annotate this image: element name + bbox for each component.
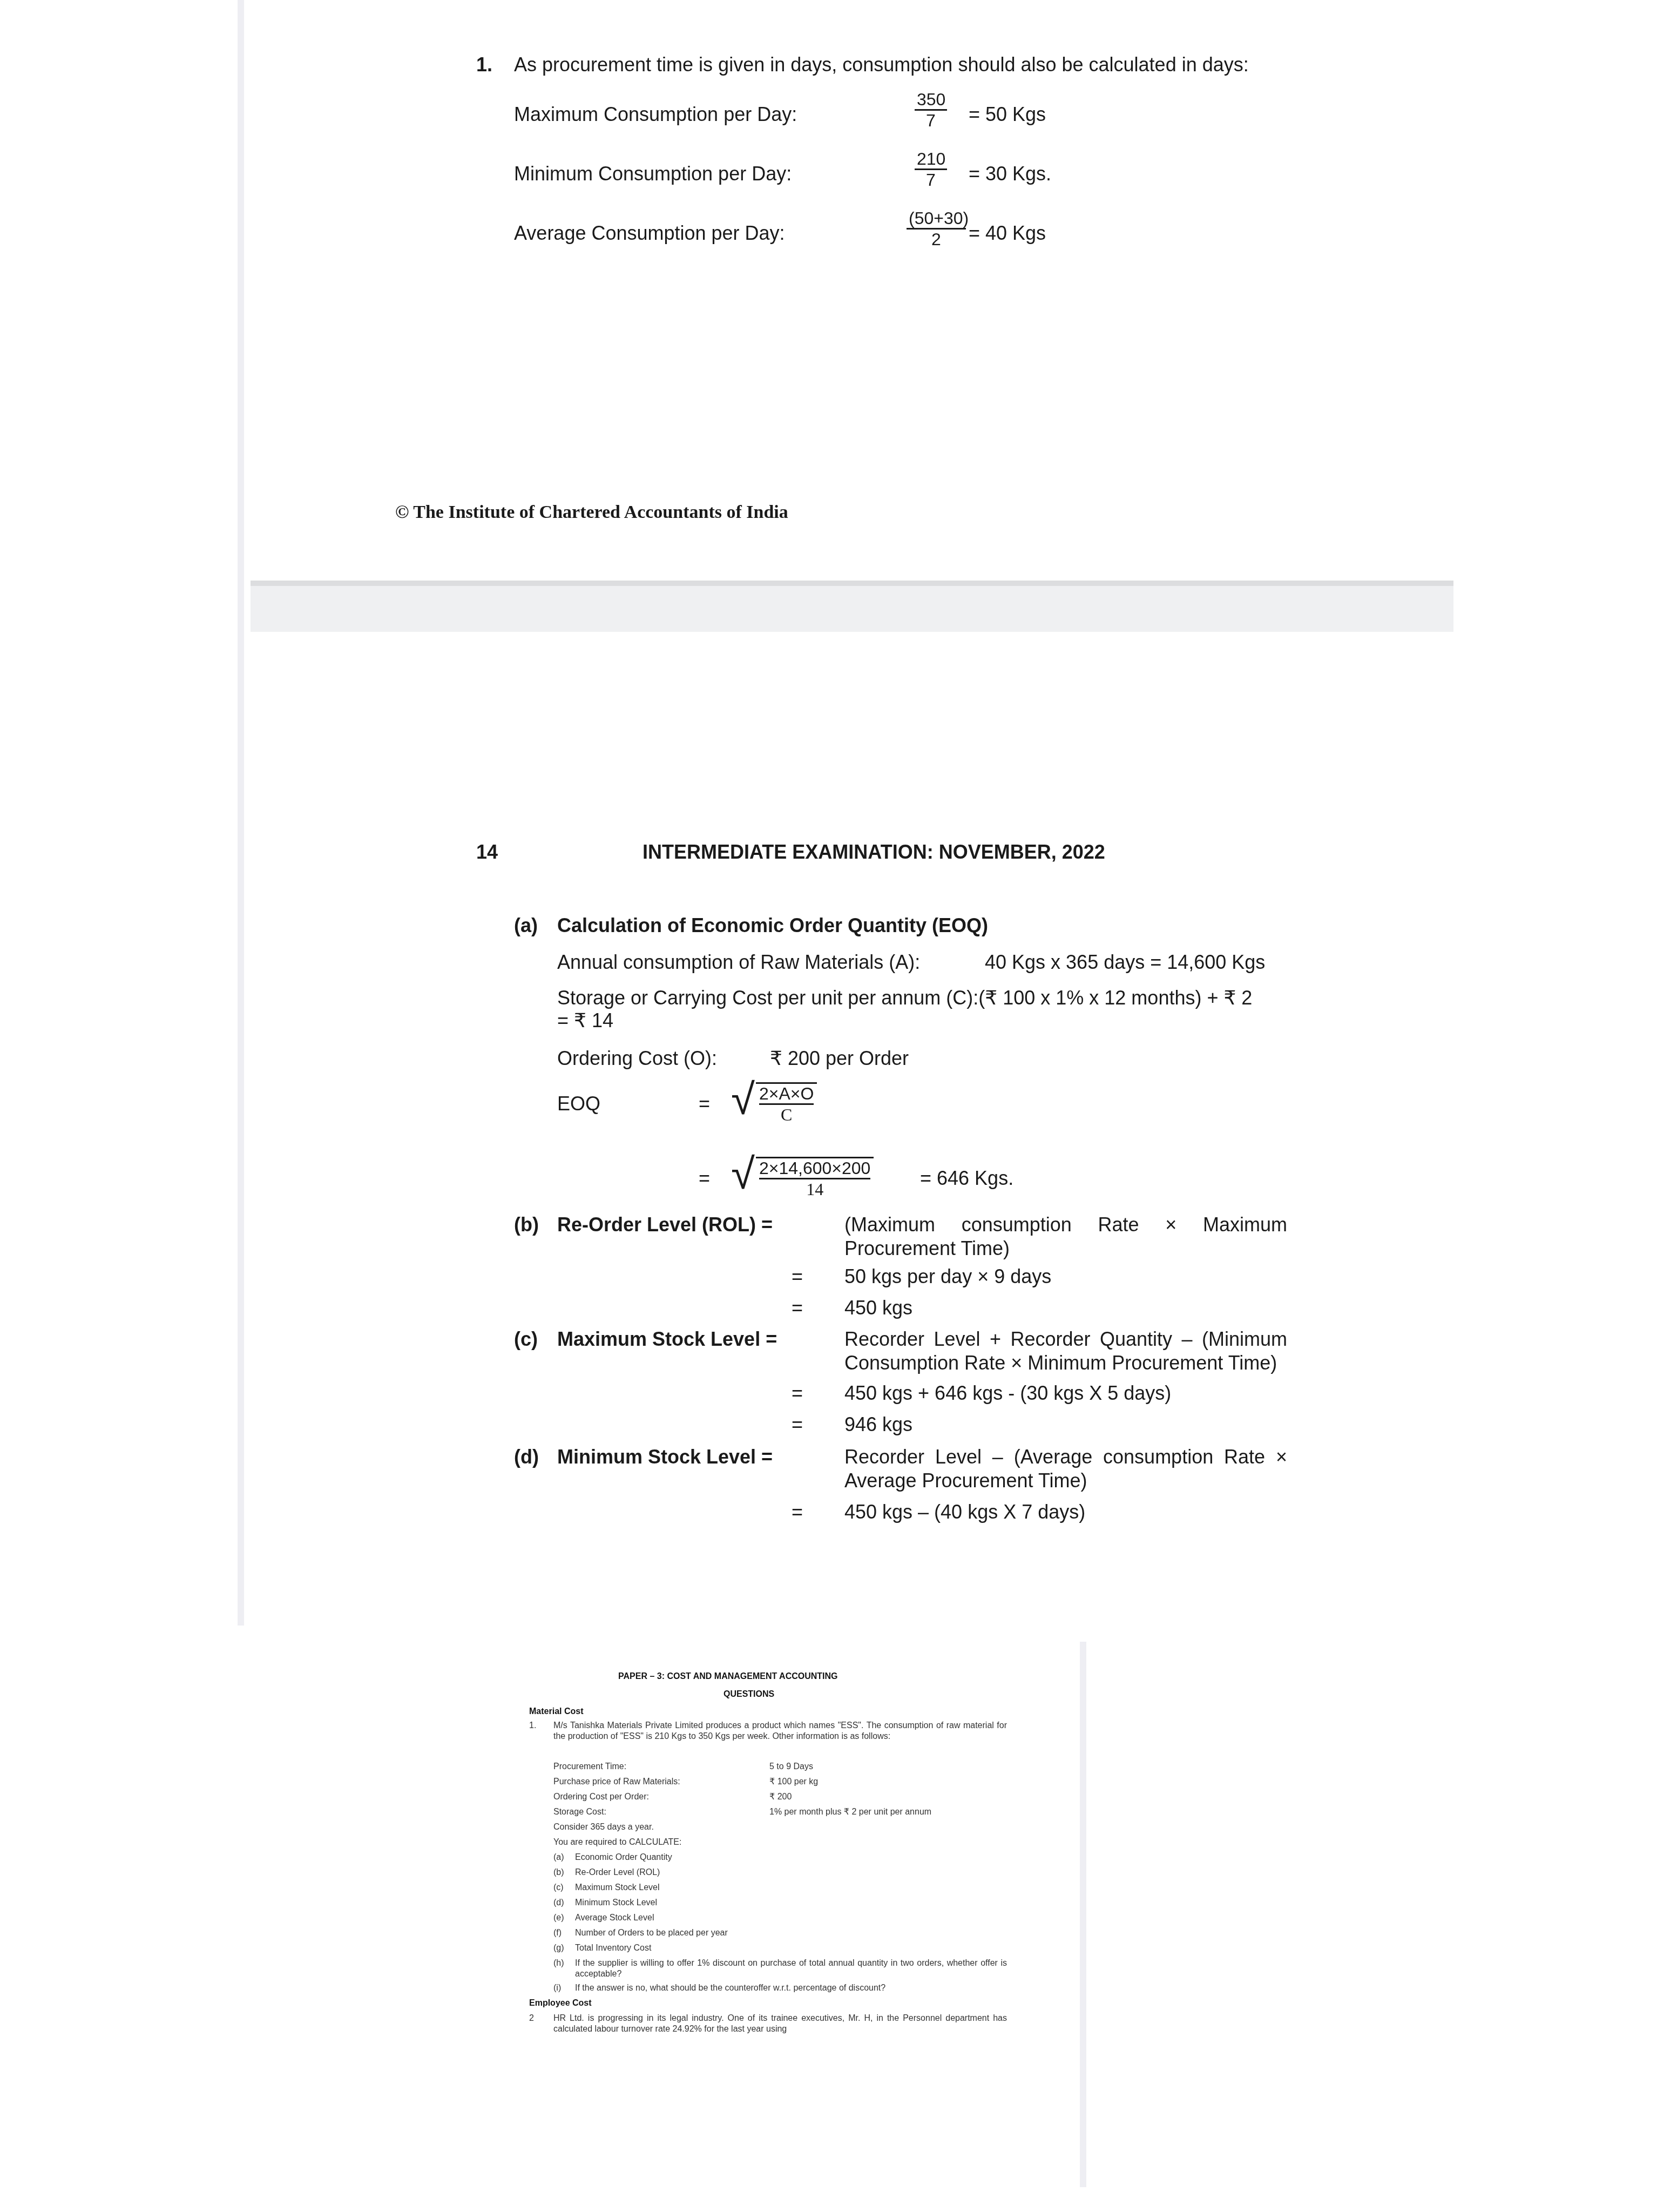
q2-number: 2 — [529, 2013, 534, 2024]
part-text: Maximum Stock Level — [575, 1883, 660, 1893]
rol-step-equals: = — [792, 1296, 803, 1320]
ordering-cost-value: ₹ 200 per Order — [770, 1047, 909, 1070]
min-stock-equals: = — [792, 1500, 803, 1524]
info-value: 1% per month plus ₹ 2 per unit per annum — [769, 1807, 931, 1818]
pdf-viewer[interactable]: 1. As procurement time is given in days,… — [238, 0, 1453, 1626]
consider-note: Consider 365 days a year. — [553, 1822, 654, 1833]
part-text: Minimum Stock Level — [575, 1898, 657, 1908]
sqrt-icon: √ — [731, 1078, 755, 1121]
eoq-calc-equals: = — [699, 1166, 710, 1190]
max-consumption-label: Maximum Consumption per Day: — [514, 103, 797, 126]
paper-title: PAPER – 3: COST AND MANAGEMENT ACCOUNTIN… — [618, 1671, 838, 1682]
page-header: INTERMEDIATE EXAMINATION: NOVEMBER, 2022 — [643, 840, 1105, 864]
min-consumption-label: Minimum Consumption per Day: — [514, 162, 792, 186]
q2-text: HR Ltd. is progressing in its legal indu… — [553, 2013, 1007, 2035]
q1-text: M/s Tanishka Materials Private Limited p… — [553, 1721, 1007, 1742]
annual-consumption-label: Annual consumption of Raw Materials (A): — [557, 950, 920, 974]
part-marker: (c) — [553, 1883, 564, 1893]
part-text: If the answer is no, what should be the … — [575, 1983, 885, 1994]
item-number: 1. — [476, 53, 492, 77]
part-c-title: Maximum Stock Level = — [557, 1327, 777, 1351]
page-number: 14 — [476, 840, 498, 864]
rol-step-equals: = — [792, 1265, 803, 1289]
part-marker: (a) — [553, 1852, 564, 1863]
part-marker: (i) — [553, 1983, 561, 1994]
max-stock-equals: = — [792, 1381, 803, 1405]
info-label: Storage Cost: — [553, 1807, 606, 1818]
ordering-cost-label: Ordering Cost (O): — [557, 1047, 717, 1070]
max-consumption-fraction: 350 7 — [915, 90, 947, 130]
part-text: Re-Order Level (ROL) — [575, 1867, 660, 1878]
part-marker: (h) — [553, 1958, 564, 1969]
part-text: If the supplier is willing to offer 1% d… — [575, 1958, 1007, 1980]
min-consumption-result: = 30 Kgs. — [969, 162, 1051, 186]
part-text: Total Inventory Cost — [575, 1943, 651, 1954]
part-marker: (f) — [553, 1928, 562, 1939]
sqrt-icon: √ — [731, 1152, 755, 1196]
eoq-result: = 646 Kgs. — [920, 1166, 1013, 1190]
part-b-title: Re-Order Level (ROL) = — [557, 1213, 773, 1237]
part-marker: (e) — [553, 1913, 564, 1924]
questions-heading: QUESTIONS — [723, 1689, 774, 1700]
storage-cost-line2: = ₹ 14 — [557, 1009, 613, 1033]
section-material-cost: Material Cost — [529, 1707, 583, 1717]
avg-consumption-label: Average Consumption per Day: — [514, 221, 785, 245]
part-text: Number of Orders to be placed per year — [575, 1928, 728, 1939]
rol-result: 450 kgs — [844, 1296, 912, 1320]
rol-formula: (Maximum consumption Rate × Maximum Proc… — [844, 1213, 1287, 1260]
question-paper: PAPER – 3: COST AND MANAGEMENT ACCOUNTIN… — [518, 1642, 1086, 2187]
info-label: Procurement Time: — [553, 1762, 626, 1772]
part-text: Economic Order Quantity — [575, 1852, 672, 1863]
eoq-formula: √ 2×A×O C — [731, 1078, 817, 1124]
max-stock-equals: = — [792, 1413, 803, 1437]
eoq-equals: = — [699, 1092, 710, 1116]
part-b-marker: (b) — [514, 1213, 539, 1237]
part-c-marker: (c) — [514, 1327, 538, 1351]
max-consumption-result: = 50 Kgs — [969, 103, 1046, 126]
eoq-label: EOQ — [557, 1092, 600, 1116]
part-a-marker: (a) — [514, 914, 538, 938]
avg-consumption-result: = 40 Kgs — [969, 221, 1046, 245]
min-consumption-fraction: 210 7 — [915, 149, 947, 190]
part-marker: (d) — [553, 1898, 564, 1908]
min-stock-step-1: 450 kgs – (40 kgs X 7 days) — [844, 1500, 1085, 1524]
info-label: Ordering Cost per Order: — [553, 1792, 649, 1803]
pdf-page-1: 1. As procurement time is given in days,… — [251, 43, 1453, 578]
part-d-marker: (d) — [514, 1445, 539, 1469]
info-value: 5 to 9 Days — [769, 1762, 813, 1772]
part-d-title: Minimum Stock Level = — [557, 1445, 773, 1469]
page-separator — [251, 581, 1453, 632]
part-marker: (g) — [553, 1943, 564, 1954]
eoq-calculation: √ 2×14,600×200 14 — [731, 1152, 874, 1199]
annual-consumption-value: 40 Kgs x 365 days = 14,600 Kgs — [985, 950, 1265, 974]
rol-step-1: 50 kgs per day × 9 days — [844, 1265, 1051, 1289]
pdf-page-2: 14 INTERMEDIATE EXAMINATION: NOVEMBER, 2… — [251, 632, 1453, 1626]
part-text: Average Stock Level — [575, 1913, 654, 1924]
q1-number: 1. — [529, 1721, 536, 1731]
section-employee-cost: Employee Cost — [529, 1998, 592, 2009]
copyright-footer: © The Institute of Chartered Accountants… — [395, 502, 788, 523]
part-marker: (b) — [553, 1867, 564, 1878]
info-value: ₹ 100 per kg — [769, 1777, 818, 1788]
min-stock-formula: Recorder Level – (Average consumption Ra… — [844, 1445, 1287, 1493]
part-a-title: Calculation of Economic Order Quantity (… — [557, 914, 988, 938]
storage-cost-line1: Storage or Carrying Cost per unit per an… — [557, 986, 1252, 1010]
max-stock-result: 946 kgs — [844, 1413, 912, 1437]
info-value: ₹ 200 — [769, 1792, 792, 1803]
max-stock-formula: Recorder Level + Recorder Quantity – (Mi… — [844, 1327, 1287, 1375]
max-stock-step-1: 450 kgs + 646 kgs - (30 kgs X 5 days) — [844, 1381, 1171, 1405]
info-label: Purchase price of Raw Materials: — [553, 1777, 680, 1788]
intro-text: As procurement time is given in days, co… — [514, 53, 1249, 77]
required-note: You are required to CALCULATE: — [553, 1837, 681, 1848]
avg-consumption-fraction: (50+30) 2 — [907, 208, 966, 249]
